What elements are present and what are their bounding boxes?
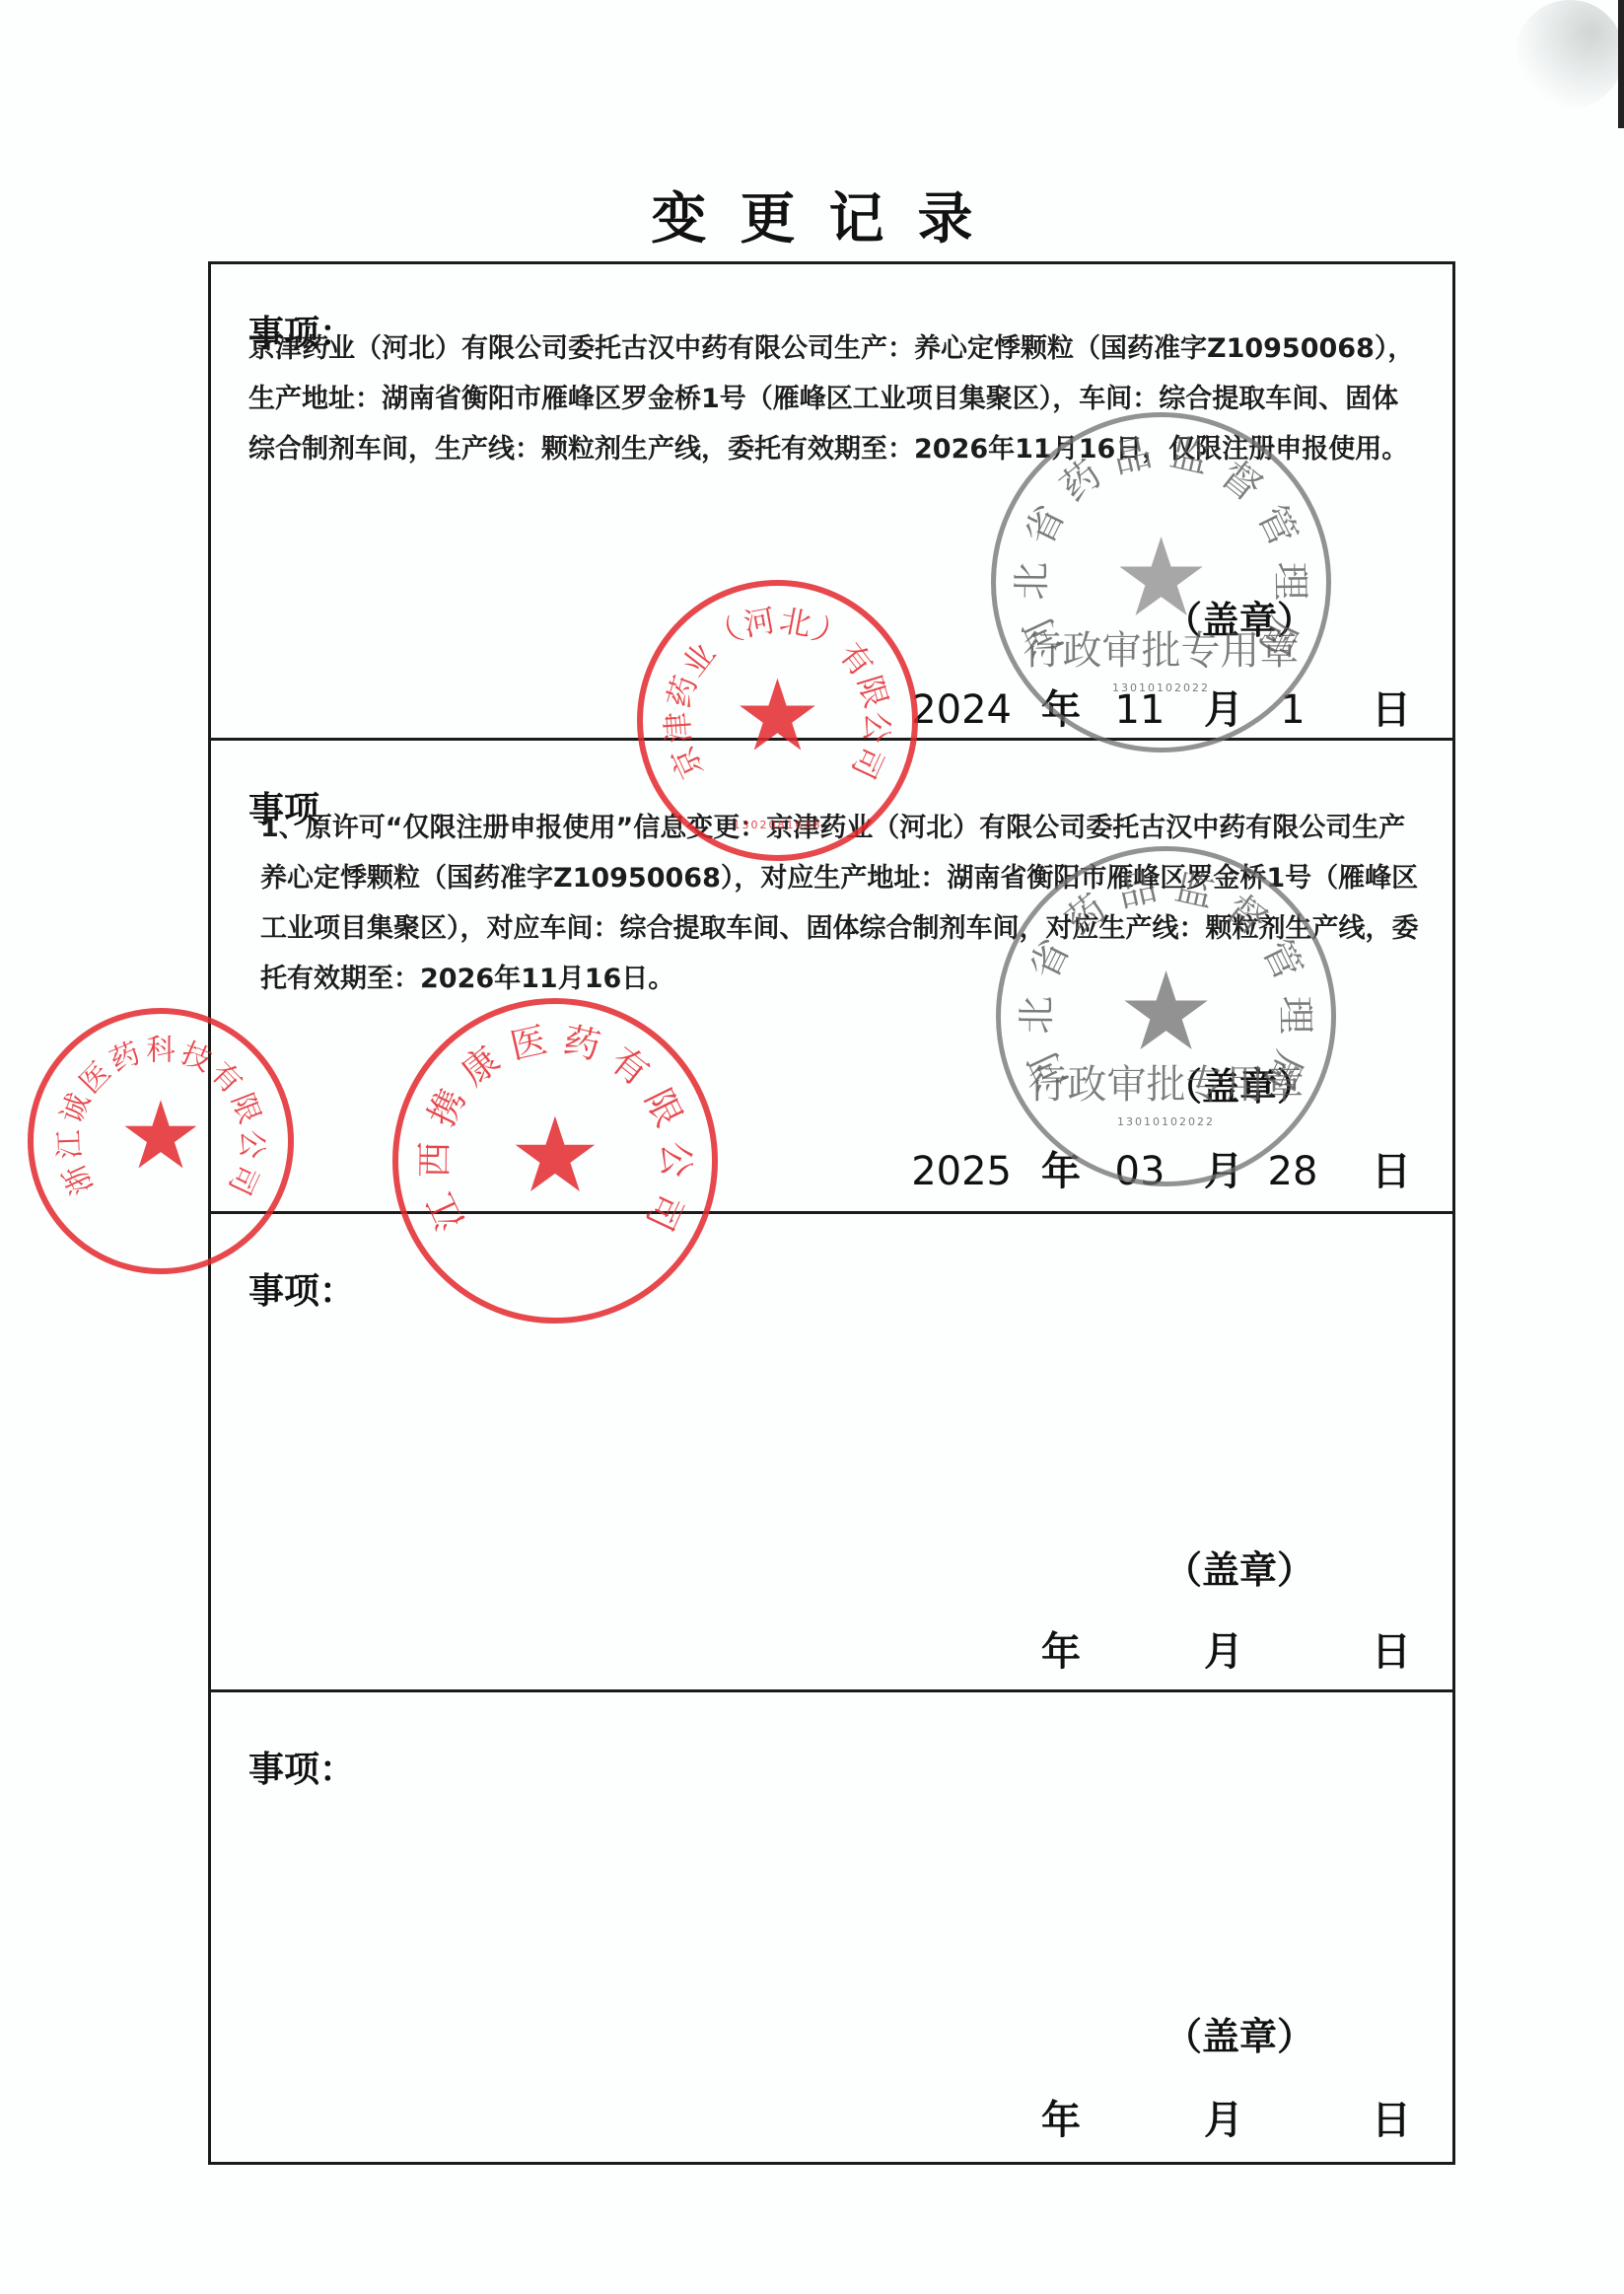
seal-label: （盖章） [1165, 1540, 1314, 1594]
date-day: 28 [1253, 1149, 1332, 1194]
scan-edge [1618, 0, 1624, 128]
month-unit: 月 [1204, 2089, 1253, 2145]
year-unit: 年 [1041, 679, 1100, 735]
record-body: 1、原许可“仅限注册申报使用”信息变更：京津药业（河北）有限公司委托古汉中药有限… [260, 803, 1423, 1004]
svg-text:科: 科 [146, 1033, 176, 1066]
change-record-table: 事项： 京津药业（河北）有限公司委托古汉中药有限公司生产：养心定悸颗粒（国药准字… [208, 261, 1455, 2165]
record-section-4: 事项： （盖章） 年 月 日 [211, 1692, 1452, 2168]
year-unit: 年 [1041, 2089, 1100, 2145]
seal-label: （盖章） [1165, 1056, 1314, 1111]
record-label: 事项： [248, 1263, 355, 1314]
day-unit: 日 [1372, 1620, 1411, 1677]
scan-smudge [1516, 0, 1624, 108]
svg-text:江: 江 [52, 1129, 87, 1160]
star-icon: ★ [118, 1090, 202, 1183]
record-section-3: 事项： （盖章） 年 月 日 [211, 1214, 1452, 1692]
day-unit: 日 [1372, 1140, 1411, 1196]
svg-text:诚: 诚 [54, 1089, 96, 1128]
record-date: 2024 年 11 月 1 日 [898, 679, 1411, 735]
record-label: 事项： [248, 1742, 355, 1792]
svg-text:浙: 浙 [56, 1160, 99, 1200]
record-date: 年 月 日 [898, 1620, 1411, 1677]
date-year: 2024 [898, 687, 1012, 733]
month-unit: 月 [1204, 679, 1253, 735]
record-section-2: 事项 1、原许可“仅限注册申报使用”信息变更：京津药业（河北）有限公司委托古汉中… [211, 741, 1452, 1214]
date-year: 2025 [898, 1149, 1012, 1194]
year-unit: 年 [1041, 1620, 1100, 1677]
year-unit: 年 [1041, 1140, 1100, 1196]
day-unit: 日 [1372, 679, 1411, 735]
record-date: 2025 年 03 月 28 日 [898, 1140, 1411, 1196]
record-body: 京津药业（河北）有限公司委托古汉中药有限公司生产：养心定悸颗粒（国药准字Z109… [248, 323, 1423, 474]
svg-text:医: 医 [73, 1055, 117, 1100]
svg-text:药: 药 [106, 1036, 146, 1078]
record-section-1: 事项： 京津药业（河北）有限公司委托古汉中药有限公司生产：养心定悸颗粒（国药准字… [211, 264, 1452, 741]
seal-label: （盖章） [1165, 590, 1314, 644]
record-date: 年 月 日 [898, 2089, 1411, 2145]
page-title: 变更记录 [0, 176, 1624, 254]
date-day: 1 [1253, 687, 1332, 733]
date-month: 11 [1100, 687, 1179, 733]
month-unit: 月 [1204, 1620, 1253, 1677]
month-unit: 月 [1204, 1140, 1253, 1196]
seal-label: （盖章） [1165, 2006, 1314, 2060]
date-month: 03 [1100, 1149, 1179, 1194]
day-unit: 日 [1372, 2089, 1411, 2145]
